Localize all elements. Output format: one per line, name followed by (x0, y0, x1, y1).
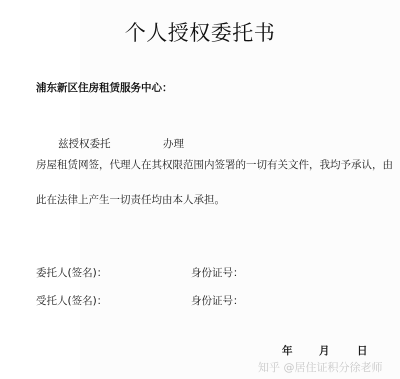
paragraph-line-2: 此在法律上产生一切责任均由本人承担。 (36, 192, 225, 207)
authorization-suffix: 办理 (163, 136, 184, 151)
date-year-label: 年 (282, 343, 293, 358)
document-title: 个人授权委托书 (0, 17, 400, 47)
agent-signature-label: 受托人(签名)： (36, 293, 107, 308)
addressee: 浦东新区住房租赁服务中心： (36, 80, 173, 95)
watermark: 知乎 @居住证积分徐老师 (258, 359, 383, 375)
date-month-label: 月 (319, 343, 330, 358)
authorization-prefix: 兹授权委托 (58, 136, 111, 151)
page-background (80, 0, 400, 379)
agent-id-label: 身份证号： (191, 293, 244, 308)
paragraph-line-1: 房屋租赁网签，代理人在其权限范围内签署的一切有关文件，我均予承认，由 (36, 157, 393, 172)
principal-id-label: 身份证号： (191, 265, 244, 280)
principal-signature-label: 委托人(签名)： (36, 265, 107, 280)
date-day-label: 日 (357, 343, 368, 358)
